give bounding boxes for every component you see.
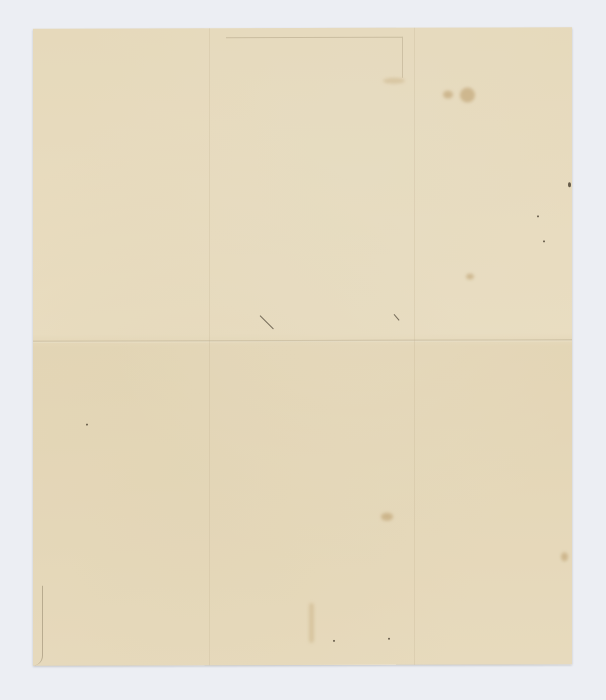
speck: [388, 638, 390, 640]
foxing-stain: [561, 552, 568, 561]
paper-sheet: [33, 27, 572, 665]
horizontal-fold-line: [33, 339, 572, 342]
water-stain: [383, 78, 405, 84]
foxing-stain: [443, 91, 453, 99]
speck: [333, 640, 335, 642]
ink-scratch: [260, 315, 274, 329]
vertical-crease: [414, 28, 415, 665]
speck: [543, 240, 545, 242]
foxing-stain: [466, 274, 474, 280]
speck: [537, 215, 539, 217]
plate-mark: [226, 37, 403, 78]
foxing-stain: [381, 513, 393, 521]
vertical-crease: [209, 28, 210, 665]
speck: [568, 182, 571, 187]
curled-corner: [30, 586, 43, 666]
ink-scratch: [394, 314, 400, 321]
foxing-stain: [460, 88, 475, 103]
water-stain: [309, 603, 314, 643]
speck: [86, 424, 88, 426]
